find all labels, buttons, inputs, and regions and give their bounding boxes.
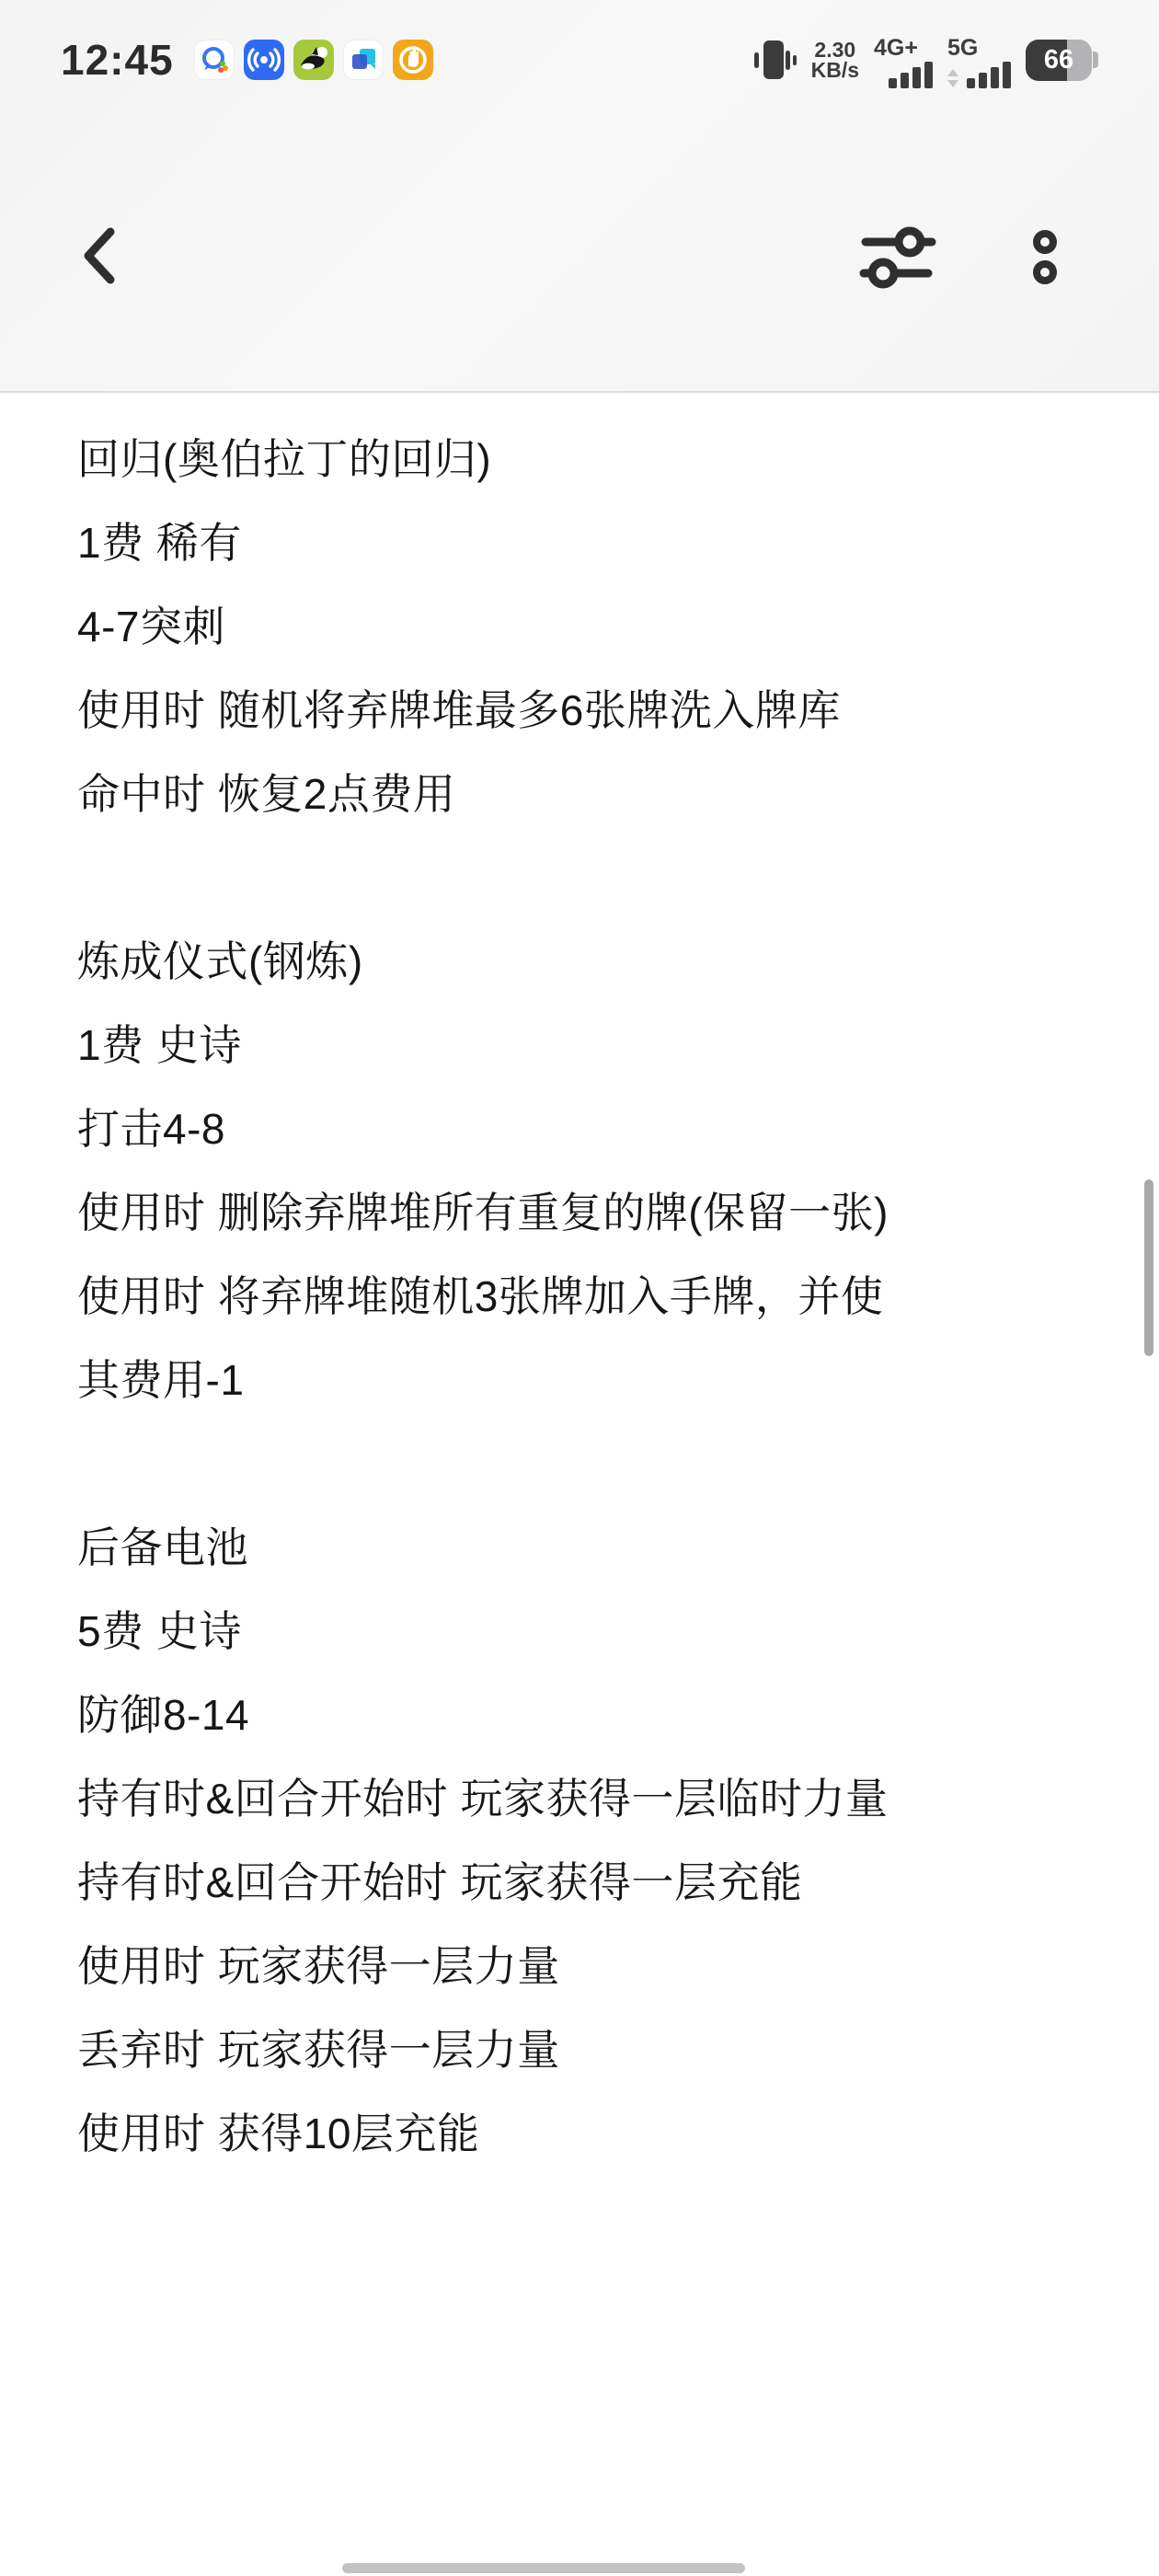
text-line: 丢弃时 玩家获得一层力量 (77, 2008, 1113, 2092)
text-line: 后备电池 (77, 1506, 1113, 1590)
status-time: 12:45 (61, 35, 174, 85)
home-gesture-bar[interactable] (342, 2563, 745, 2573)
orca-app-icon (293, 40, 334, 80)
text-line: 其费用-1 (77, 1339, 1113, 1422)
sim2-signal: 5G (947, 38, 1011, 82)
text-line: 使用时 随机将弃牌堆最多6张牌洗入牌库 (77, 669, 1113, 753)
text-line: 防御8-14 (77, 1673, 1113, 1757)
network-speed: 2.30 KB/s (811, 40, 859, 80)
text-line (77, 836, 1113, 920)
text-line: 命中时 恢复2点费用 (77, 753, 1113, 836)
vibrate-icon (751, 38, 797, 82)
notification-icons (194, 40, 433, 80)
battery-percent: 66 (1026, 40, 1092, 81)
sim1-signal-bars (889, 62, 933, 88)
battery-indicator: 66 (1026, 40, 1098, 81)
text-line: 打击4-8 (77, 1087, 1113, 1171)
note-content[interactable]: 回归(奥伯拉丁的回归) 1费 稀有 4-7突刺 使用时 随机将弃牌堆最多6张牌洗… (77, 418, 1113, 2176)
messages-app-icon (343, 40, 384, 80)
sim1-signal: 4G+ (874, 38, 933, 82)
network-speed-unit: KB/s (811, 60, 859, 80)
broadcast-app-icon (244, 40, 284, 80)
toolbar (0, 212, 1159, 304)
sim2-network-type: 5G (947, 38, 978, 58)
text-line: 4-7突刺 (77, 585, 1113, 669)
text-line: 使用时 删除弃牌堆所有重复的牌(保留一张) (77, 1171, 1113, 1255)
sim1-network-type: 4G+ (874, 38, 918, 58)
app-header: 12:45 (0, 0, 1159, 393)
text-line: 1费 稀有 (77, 501, 1113, 585)
text-line: 使用时 将弃牌堆随机3张牌加入手牌，并使 (77, 1255, 1113, 1339)
chat-app-icon (194, 40, 235, 80)
text-line: 5费 史诗 (77, 1590, 1113, 1673)
tune-sliders-icon (858, 220, 937, 293)
text-line: 持有时&回合开始时 玩家获得一层充能 (77, 1841, 1113, 1925)
status-indicators: 2.30 KB/s 4G+ 5G (751, 38, 1098, 82)
text-line: 使用时 获得10层充能 (77, 2092, 1113, 2176)
two-dots-menu-icon (1027, 220, 1063, 293)
scrollbar[interactable] (1144, 1179, 1153, 1356)
filter-button[interactable] (855, 219, 940, 296)
status-bar: 12:45 (61, 33, 1098, 86)
data-arrows-icon (947, 69, 958, 87)
text-line (77, 1422, 1113, 1506)
text-line: 回归(奥伯拉丁的回归) (77, 418, 1113, 501)
text-line: 使用时 玩家获得一层力量 (77, 1925, 1113, 2008)
more-menu-button[interactable] (1021, 219, 1069, 296)
chevron-left-icon (79, 225, 120, 288)
hand-app-icon (393, 40, 433, 80)
network-speed-value: 2.30 (814, 40, 855, 60)
phone-screen: 12:45 (0, 0, 1159, 2576)
text-line: 1费 史诗 (77, 1004, 1113, 1087)
battery-nub (1093, 52, 1098, 68)
back-button[interactable] (74, 223, 125, 293)
text-line: 炼成仪式(钢炼) (77, 920, 1113, 1004)
sim2-signal-bars (947, 62, 1011, 88)
text-line: 持有时&回合开始时 玩家获得一层临时力量 (77, 1757, 1113, 1841)
